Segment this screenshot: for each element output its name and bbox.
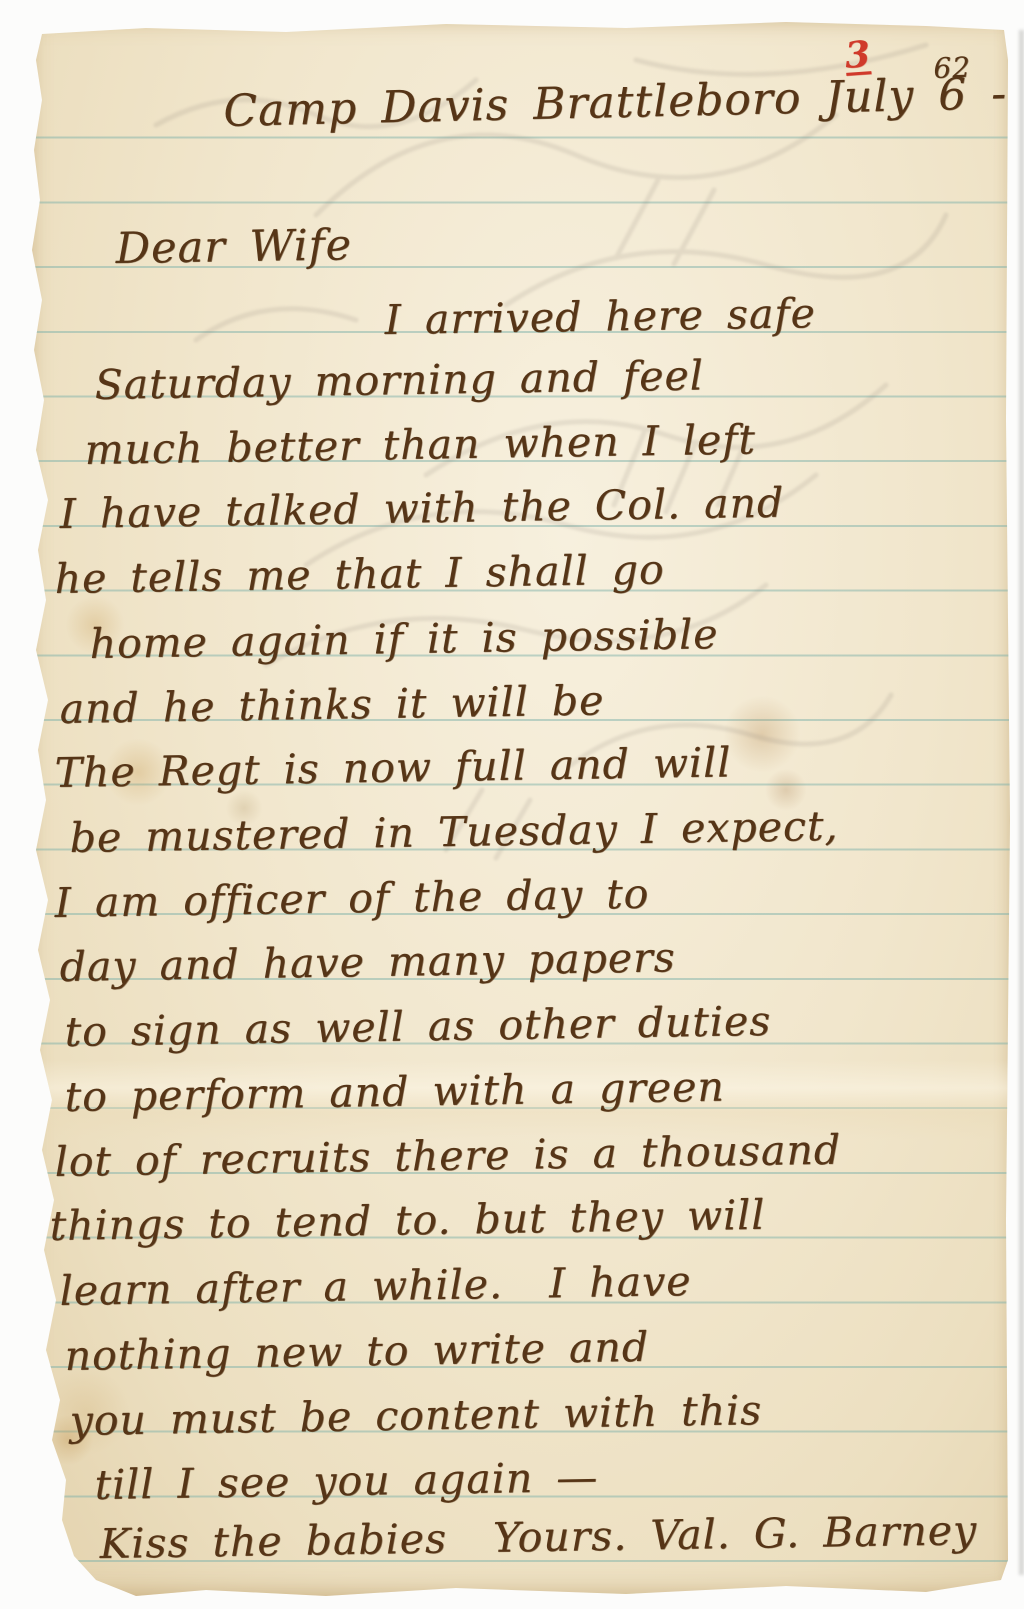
page-number: 3 [844, 33, 872, 77]
handwritten-line: till I see you again — [94, 1453, 598, 1509]
salutation: Dear Wife [115, 220, 352, 274]
handwritten-line: I am officer of the day to [54, 870, 649, 927]
handwritten-line: Saturday morning and feel [94, 351, 704, 409]
scan-edge-shadow [1019, 30, 1024, 1575]
handwritten-line: I arrived here safe [384, 289, 816, 344]
letter-scan: 3 62 Camp Davis Brattleboro July 6 - Dea… [0, 0, 1024, 1609]
handwritten-line: he tells me that I shall go [54, 545, 665, 603]
handwritten-line: and he thinks it will be [59, 676, 604, 733]
handwritten-line: nothing new to write and [64, 1323, 649, 1380]
handwritten-line: day and have many papers [59, 933, 676, 991]
handwritten-line: learn after a while. I have [59, 1257, 692, 1315]
handwritten-line: home again if it is possible [89, 610, 719, 668]
